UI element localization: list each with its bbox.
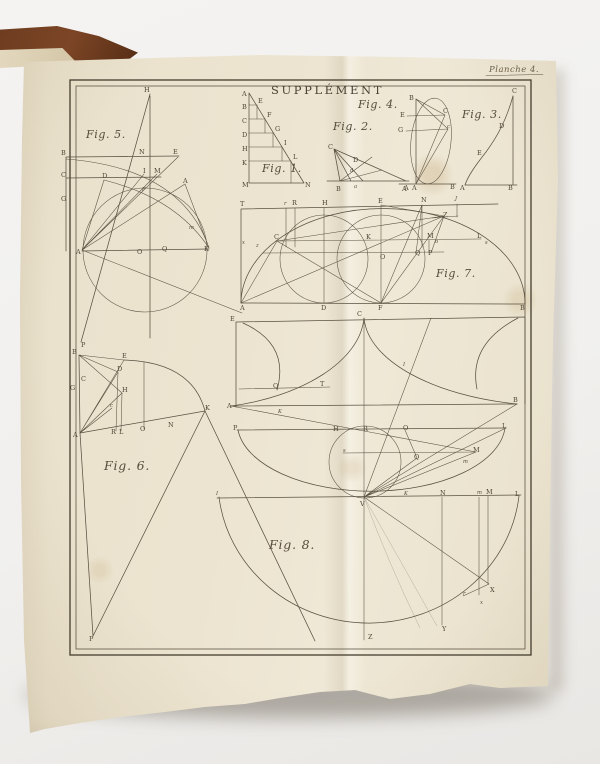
paper-vignette [0, 0, 600, 764]
plate-page [0, 0, 600, 764]
book-photo: Planche 4. SUPPLÉMENT Fig. 1. A B C D H … [0, 0, 600, 764]
